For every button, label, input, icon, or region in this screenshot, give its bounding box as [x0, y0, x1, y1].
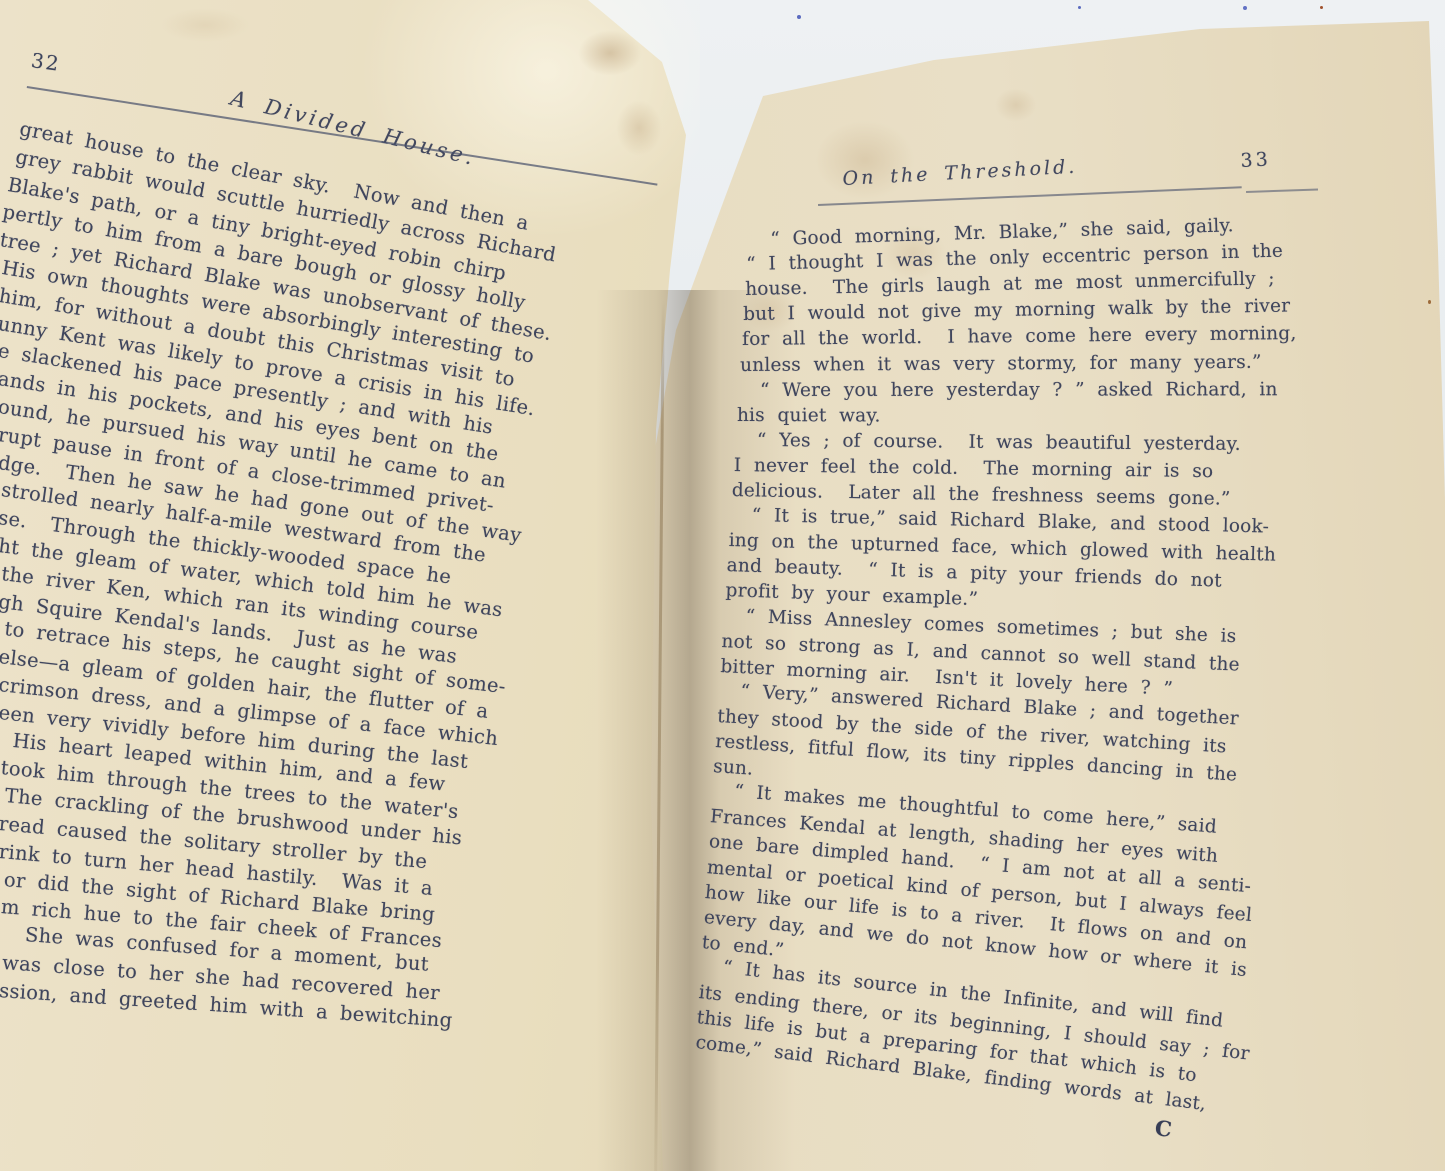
right-page-number: 33 — [1240, 148, 1271, 172]
right-running-head: On the Threshold. — [842, 156, 1078, 190]
text-line: I never feel the cold. The morning air i… — [733, 455, 1213, 482]
right-header-rule — [818, 186, 1242, 206]
text-line: “ Were you here yesterday ? ” asked Rich… — [760, 379, 1278, 401]
signature-mark: C — [1154, 1115, 1173, 1142]
right-header-rule-dash — [1246, 188, 1318, 193]
text-line: “ Yes ; of course. It was beautiful yest… — [757, 430, 1241, 455]
text-line: sun. — [713, 756, 754, 780]
ink-speck — [1243, 6, 1247, 10]
left-page-number: 32 — [30, 48, 63, 76]
ink-speck — [797, 15, 801, 19]
book-photo: 32 A Divided House. great house to the c… — [0, 0, 1445, 1171]
ink-speck — [1320, 6, 1323, 9]
text-line: unless when it was very stormy, for many… — [740, 351, 1262, 375]
text-line: his quiet way. — [737, 405, 881, 426]
text-line: house. The girls laugh at me most unmerc… — [745, 268, 1275, 300]
text-line: for all the world. I have come here ever… — [742, 323, 1297, 350]
ink-speck — [1078, 6, 1081, 9]
text-line: but I would not give my morning walk by … — [743, 296, 1290, 325]
text-line: to end.” — [701, 932, 785, 961]
left-running-head: A Divided House. — [228, 86, 479, 170]
